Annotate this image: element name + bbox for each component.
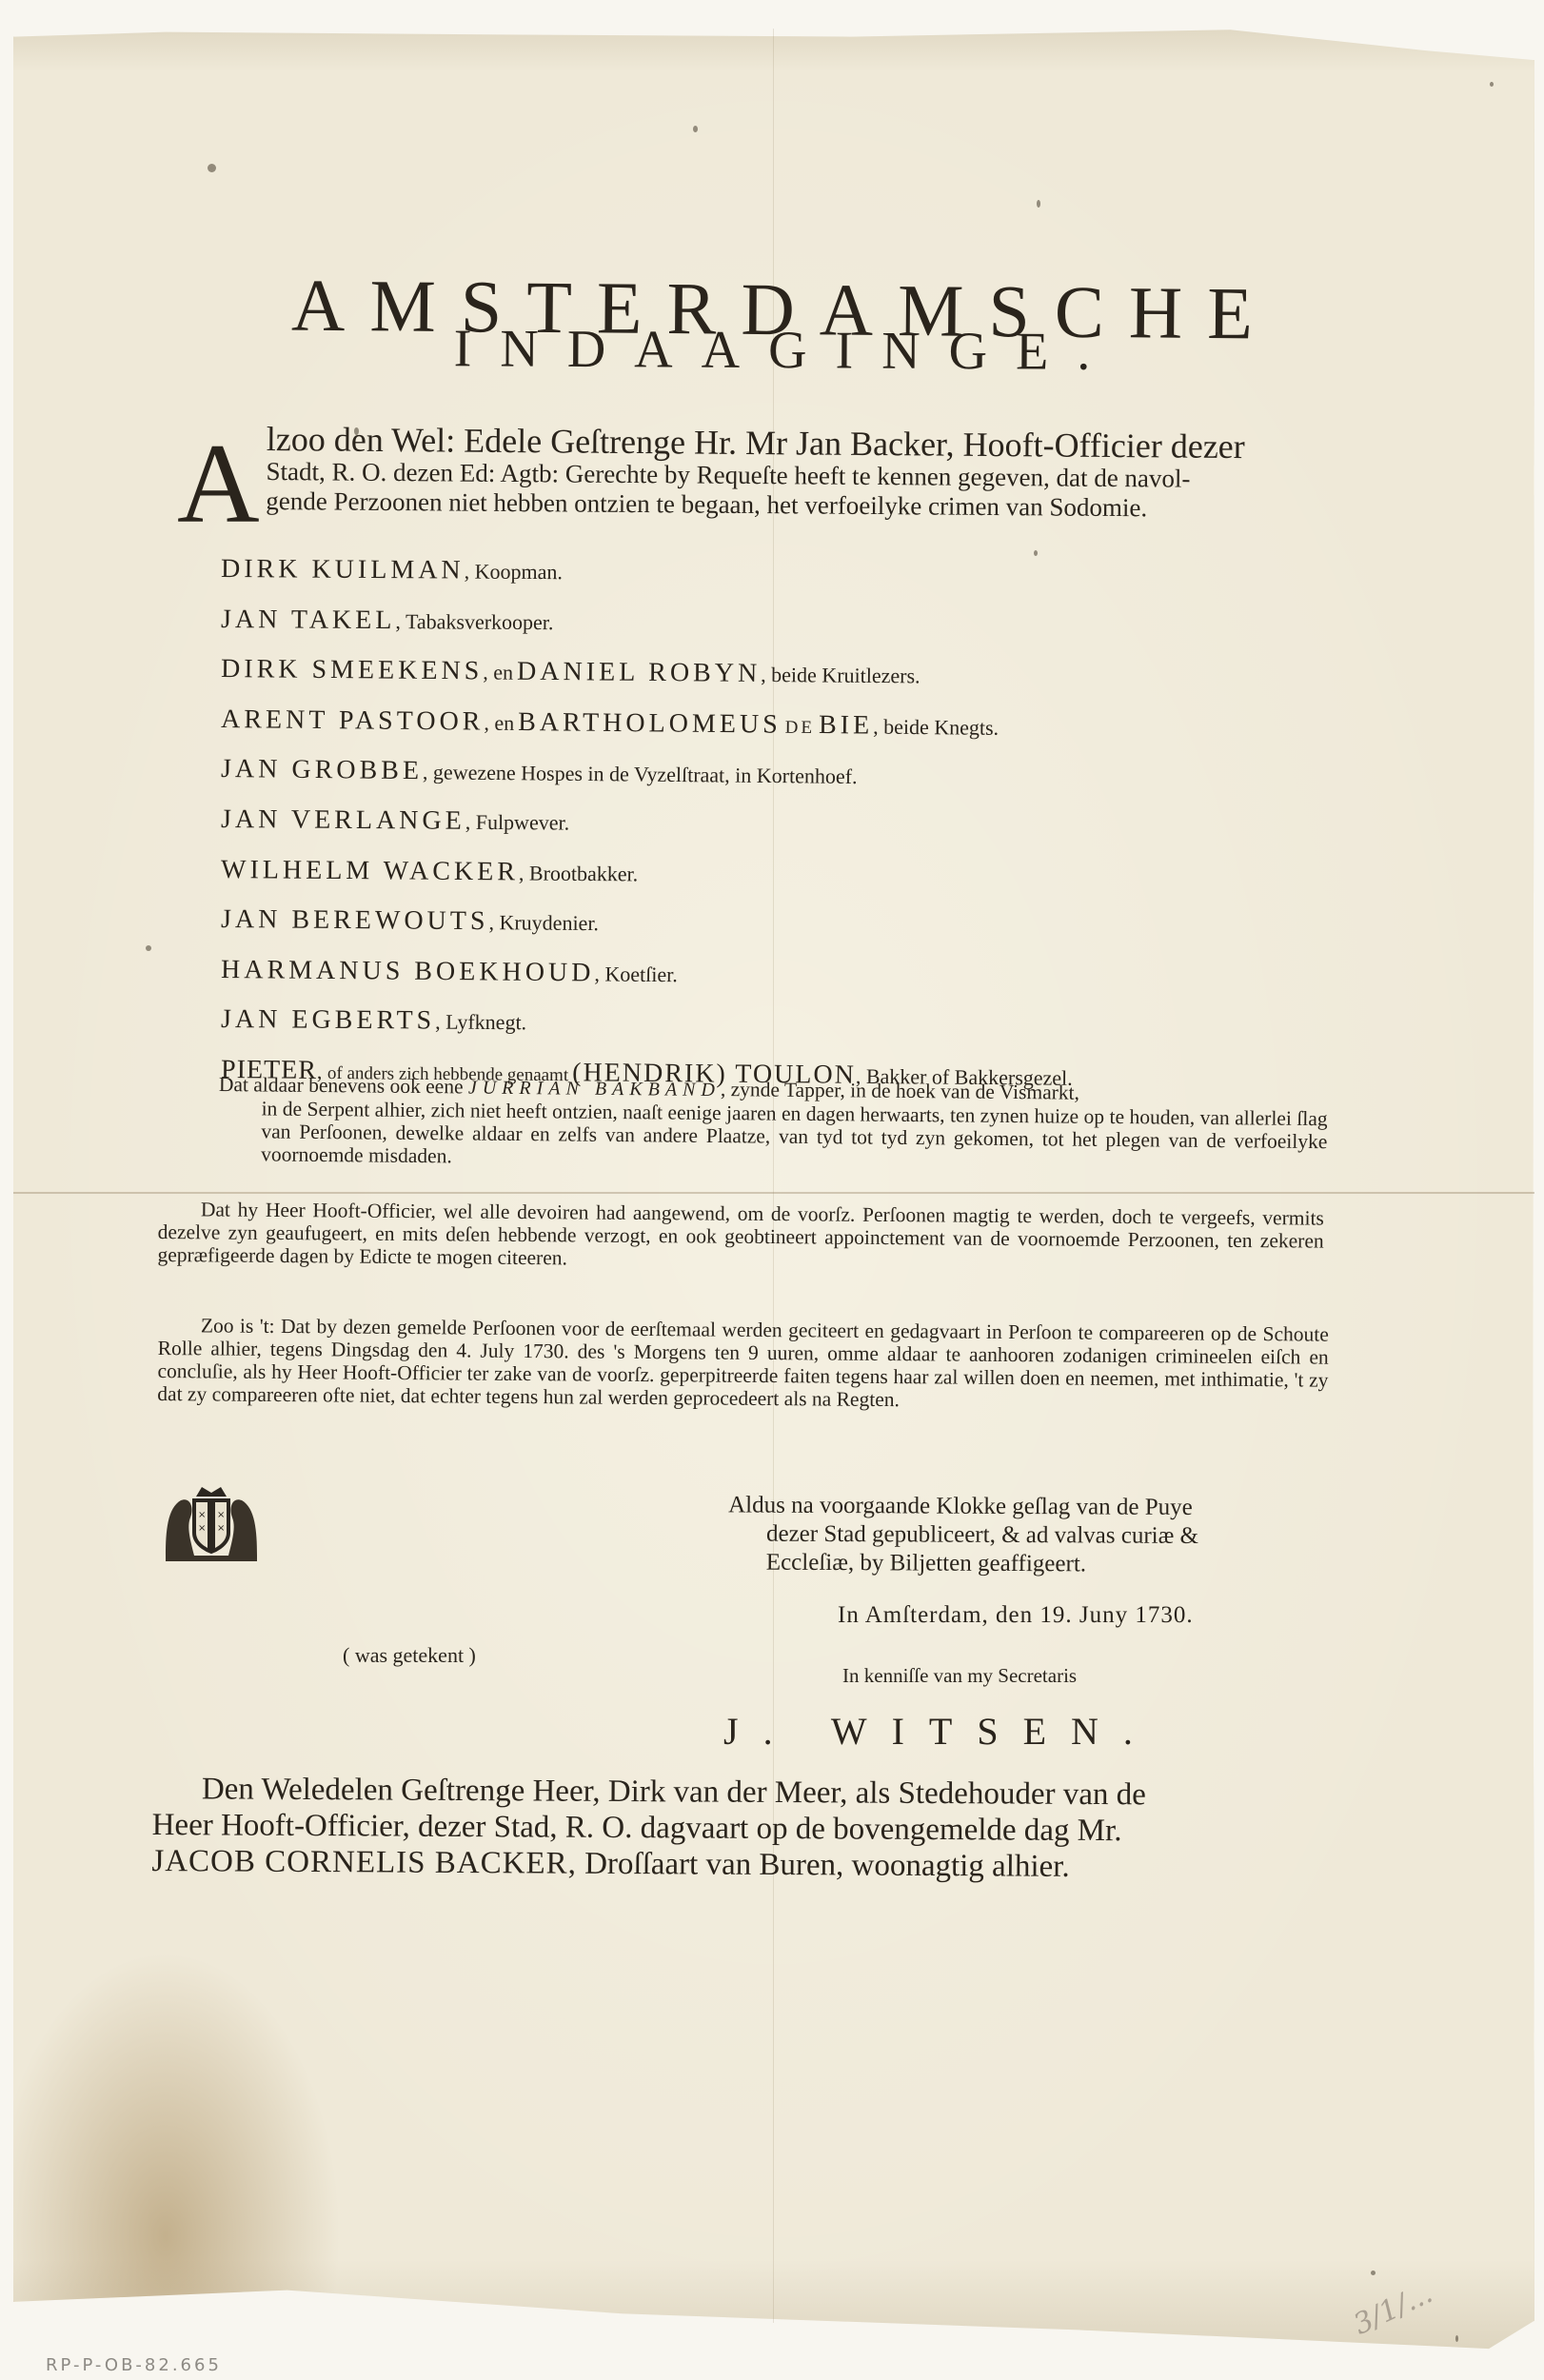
paper-speck [146,945,151,951]
accused-name: WILHELM WACKER [221,855,519,886]
paragraph-hooft-officier: Dat hy Heer Hooft-Officier, wel alle dev… [157,1198,1324,1276]
horizontal-fold-line [13,1192,1534,1194]
accused-occupation: Lyfknegt. [445,1010,526,1035]
signatory-name: J. WITSEN. [723,1709,1158,1754]
publication-date: In Amſterdam, den 19. Juny 1730. [838,1602,1194,1629]
paper-speck [1490,82,1494,87]
accused-name: JAN VERLANGE [221,804,465,836]
accused-name: JAN EGBERTS [221,1004,435,1036]
svg-text:×: × [217,1523,225,1534]
accused-entry: JAN VERLANGE, Fulpwever. [221,804,1316,863]
accused-name: JAN BEREWOUTS [221,904,489,936]
accused-occupation: Koetſier. [604,962,678,986]
accused-name: DIRK SMEEKENS [221,654,483,685]
paper-speck [1037,200,1040,208]
paper-speck [1371,2271,1376,2275]
italic-name: JURRIAN BAKBAND [468,1078,721,1101]
accused-occupation: Tabaksverkooper. [406,609,554,634]
accused-name: ARENT PASTOOR [221,704,485,737]
svg-text:×: × [198,1523,206,1534]
document-subtitle: INDAAGINGE. [0,316,1544,385]
accused-name: JAN GROBBE [221,754,423,785]
accused-name: DIRK KUILMAN [221,554,465,585]
accused-name: JAN TAKEL [221,605,396,635]
paragraph-summons: Zoo is 't: Dat by dezen gemelde Perſoone… [157,1314,1329,1415]
publication-notice: Aldus na voorgaande Klokke geſlag van de… [728,1491,1299,1579]
was-signed-label: ( was getekent ) [343,1643,476,1668]
stedehouder-name: Dirk van der Meer, [608,1775,848,1811]
paragraph-jurrian-bakband: Dat aldaar benevens ook eene JURRIAN BAK… [218,1073,1328,1176]
secretary-label: In kenniſſe van my Secretaris [842,1664,1077,1688]
accused-occupation: Fulpwever. [476,810,570,835]
accused-entry: JAN TAKEL, Tabaksverkooper. [221,605,1316,662]
summoned-name: JACOB CORNELIS BACKER, [151,1844,577,1881]
catalog-number: RP-P-OB-82.665 [46,2355,222,2375]
accused-occupation: Brootbakker. [529,861,638,885]
paper-speck [208,164,216,172]
final-summons: Den Weledelen Geſtrenge Heer, Dirk van d… [151,1771,1333,1887]
accused-entry: DIRK KUILMAN, Koopman. [221,554,1316,611]
paper-speck [693,126,698,132]
paper-speck [1455,2335,1458,2342]
accused-occupation: beide Knegts. [883,714,999,739]
accused-list: DIRK KUILMAN, Koopman. JAN TAKEL, Tabaks… [221,554,1316,1105]
accused-occupation: Koopman. [475,560,563,585]
accused-entry: JAN EGBERTS, Lyfknegt. [221,1004,1316,1062]
accused-occupation: Kruydenier. [499,910,599,935]
accused-name: BARTHOLOMEUS [518,707,782,740]
svg-text:×: × [198,1510,206,1520]
accused-entry: DIRK SMEEKENS, en DANIEL ROBYN, beide Kr… [221,654,1316,714]
accused-entry: JAN BEREWOUTS, Kruydenier. [221,904,1316,963]
drop-cap: A [177,426,260,541]
accused-name: DANIEL ROBYN [517,657,761,688]
accused-name: HARMANUS BOEKHOUD [221,955,595,987]
accused-occupation: gewezene Hospes in de Vyzelſtraat, in Ko… [433,761,858,789]
accused-entry: WILHELM WACKER, Brootbakker. [221,855,1316,914]
amsterdam-coat-of-arms-icon: × × × × [162,1483,261,1561]
svg-text:×: × [217,1510,225,1520]
accused-occupation: beide Kruitlezers. [771,663,920,687]
